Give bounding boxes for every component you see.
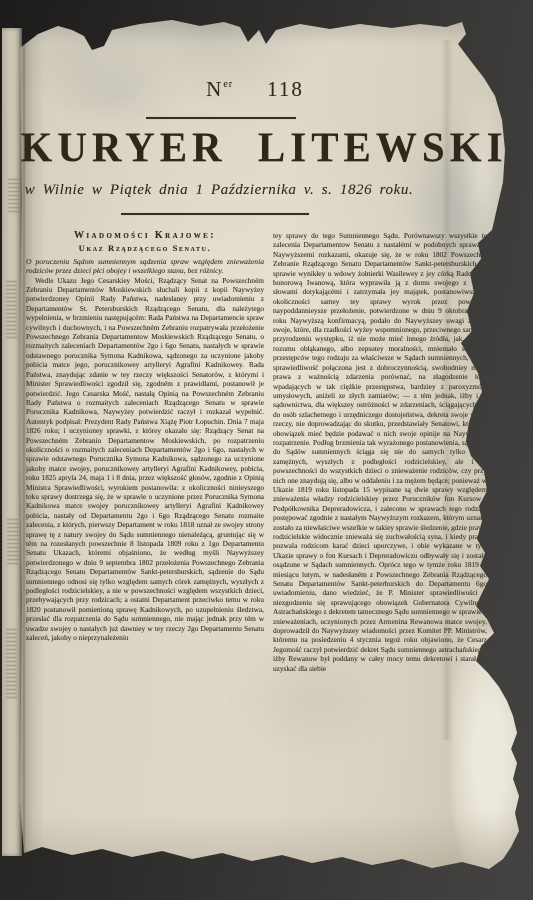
adjacent-page-text-fragment bbox=[6, 278, 17, 338]
article-columns: Wiadomości Krajowe: Ukaz Rządzącego Sena… bbox=[26, 231, 496, 673]
right-column: tey sprawy do tego Sumniennego Sądu. Por… bbox=[273, 231, 487, 673]
left-column-body: Wedle Ukazu Jego Cesarskiey Mości, Rządz… bbox=[26, 276, 264, 643]
right-column-body: tey sprawy do tego Sumniennego Sądu. Por… bbox=[273, 231, 487, 673]
adjacent-page-text-fragment bbox=[7, 518, 18, 564]
newspaper-sheet: Ner118 KURYER LITEWSKI w Wilnie w Piątek… bbox=[0, 0, 533, 900]
masthead-rule-top bbox=[146, 117, 296, 119]
left-column: Wiadomości Krajowe: Ukaz Rządzącego Sena… bbox=[26, 231, 264, 642]
masthead-dateline: w Wilnie w Piątek dnia 1 Października v.… bbox=[0, 182, 438, 199]
lead-paragraph: O poruczeniu Sądom sumniennym sądzenia s… bbox=[26, 257, 264, 276]
adjacent-page-edge bbox=[2, 28, 22, 856]
scanned-newspaper-page: Ner118 KURYER LITEWSKI w Wilnie w Piątek… bbox=[0, 0, 533, 900]
masthead-rule-bottom bbox=[121, 213, 309, 215]
ukaz-subheader: Ukaz Rządzącego Senatu. bbox=[26, 244, 264, 253]
issue-label-superscript: er bbox=[223, 79, 233, 90]
printed-content: Ner118 KURYER LITEWSKI w Wilnie w Piątek… bbox=[0, 0, 533, 900]
adjacent-page-text-fragment bbox=[6, 628, 17, 698]
newspaper-title: KURYER LITEWSKI bbox=[16, 123, 512, 172]
issue-label: Ner bbox=[206, 77, 233, 101]
adjacent-page-text-fragment bbox=[8, 178, 19, 212]
masthead-issue-number: Ner118 bbox=[20, 77, 490, 102]
issue-number: 118 bbox=[267, 77, 304, 101]
section-header: Wiadomości Krajowe: bbox=[26, 231, 264, 240]
